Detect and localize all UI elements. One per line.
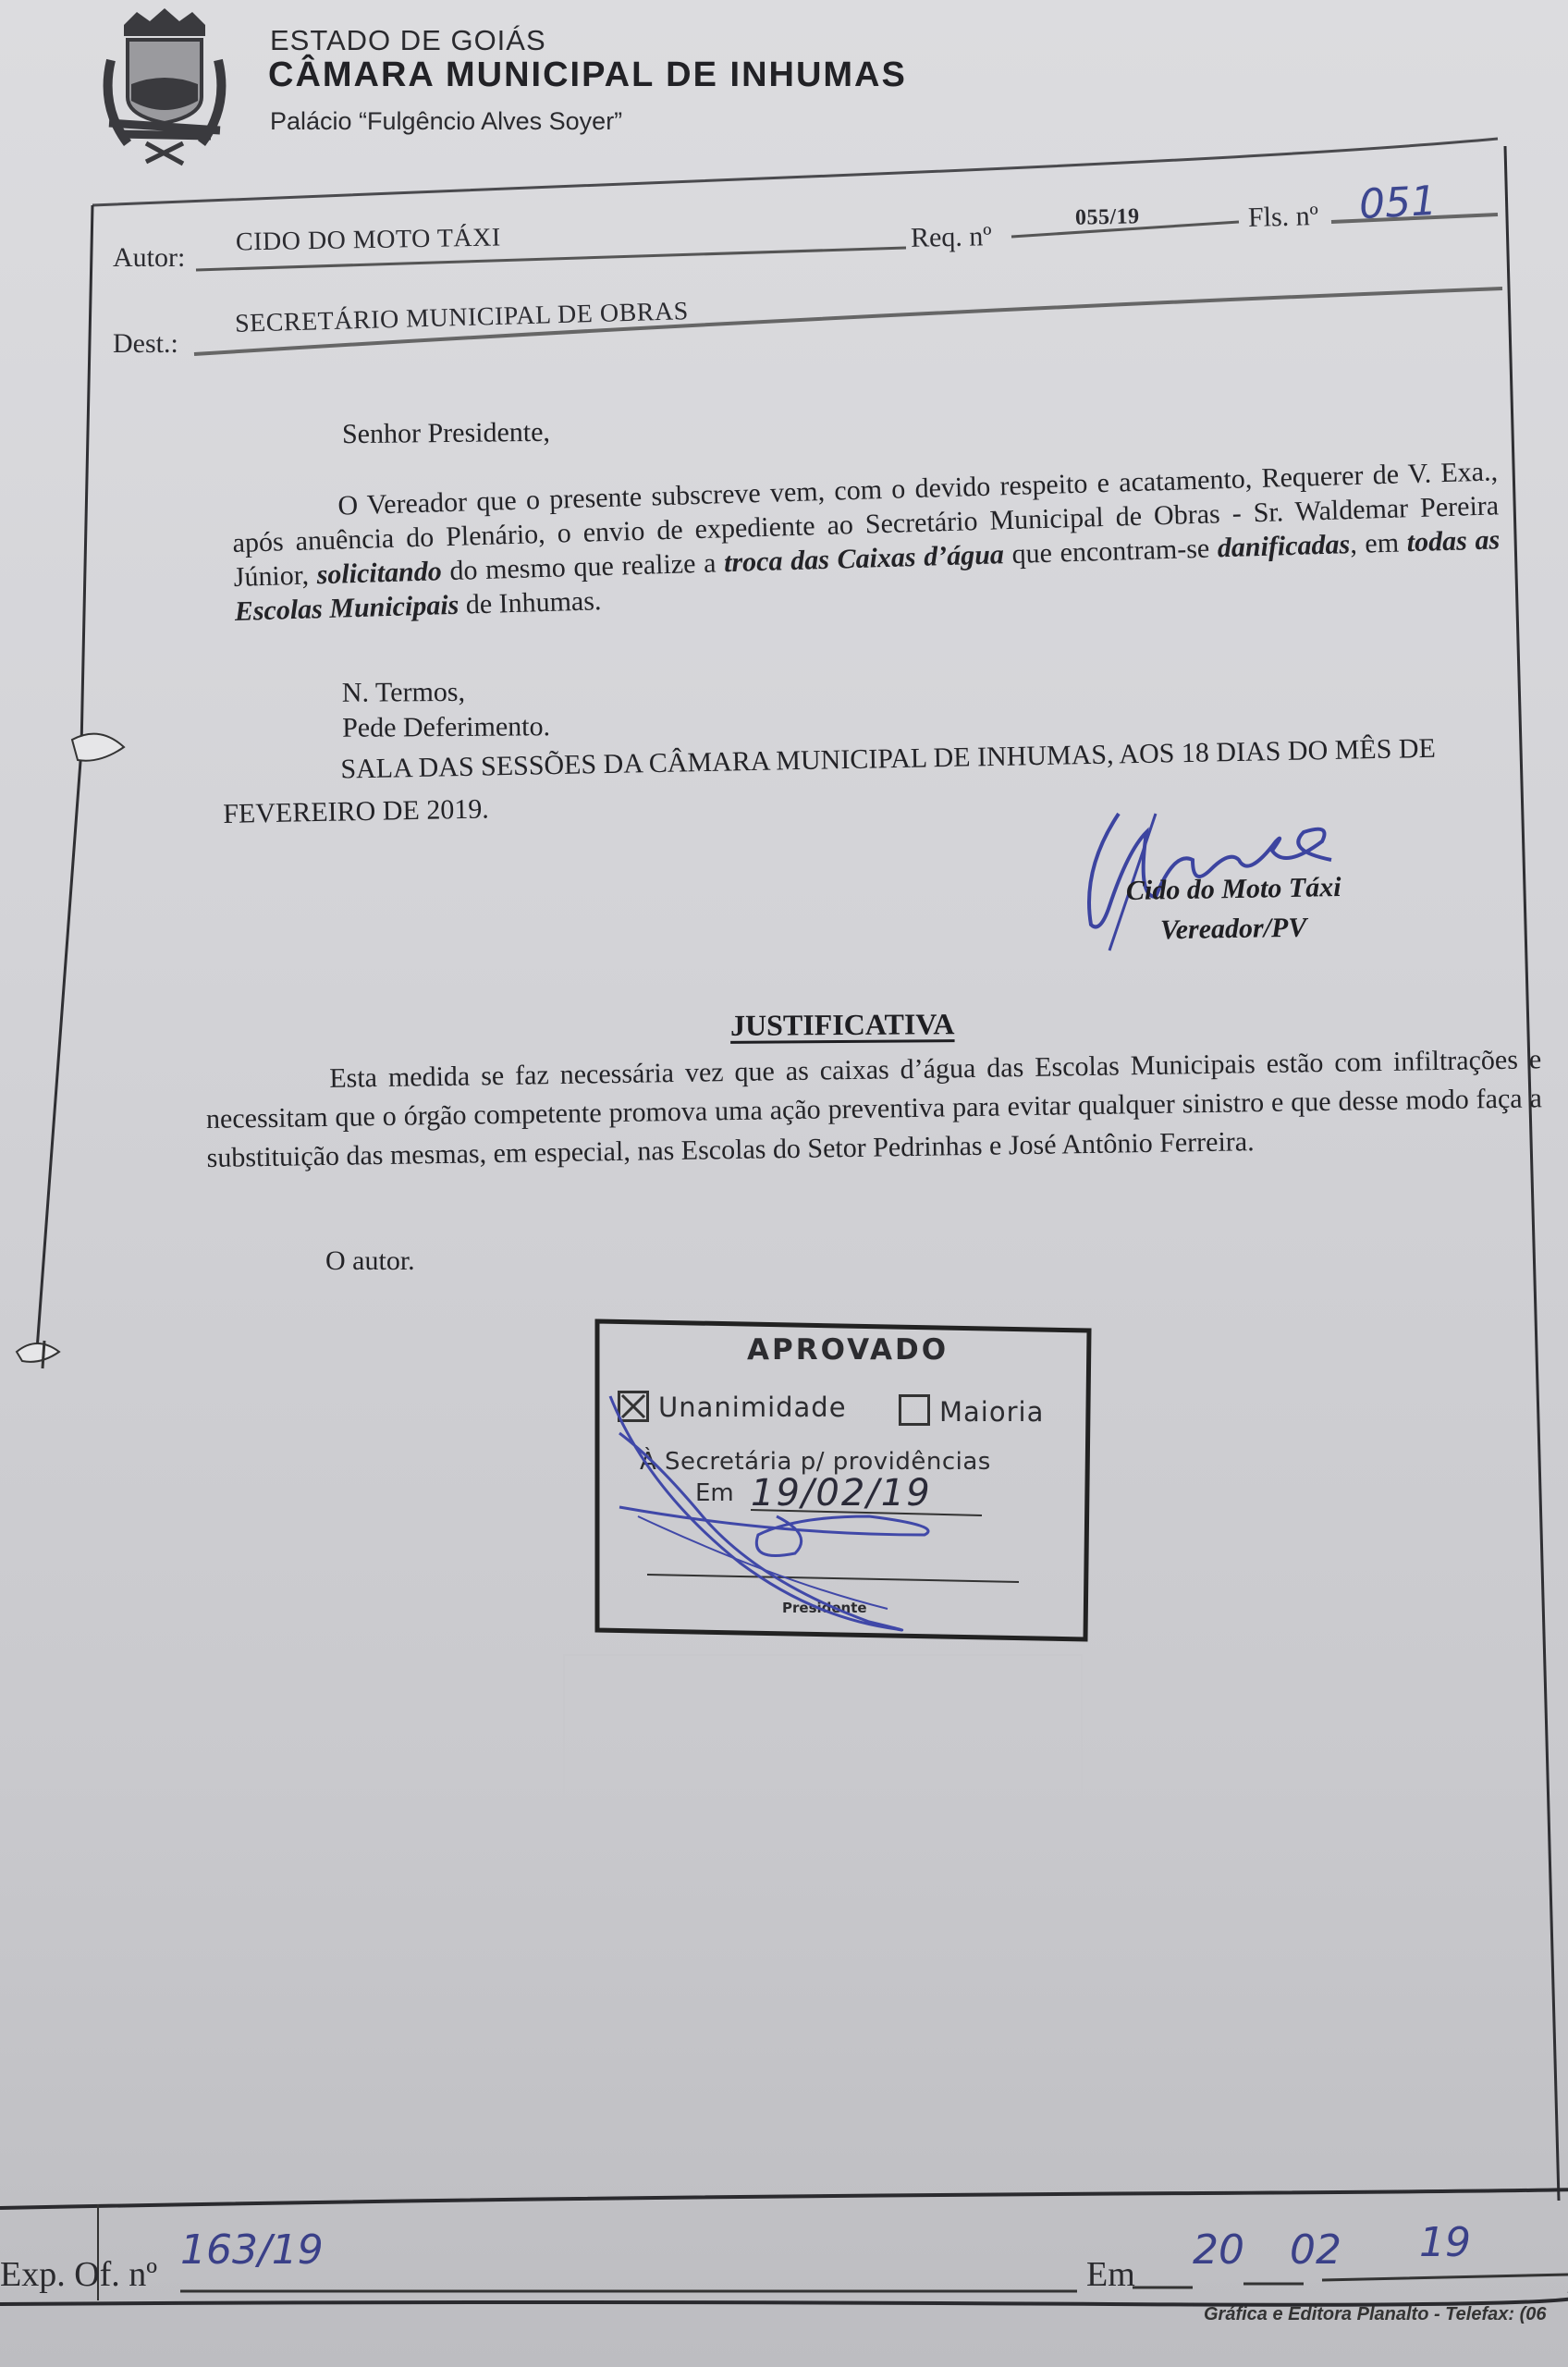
justification-text: Esta medida se faz necessária vez que as… [205, 1040, 1543, 1178]
page-number-label: Fls. nº [1248, 201, 1319, 234]
signatory-role: Vereador/PV [1160, 913, 1307, 947]
request-number-value: 055/19 [1075, 204, 1140, 230]
signatory-name: Cido do Moto Táxi [1126, 872, 1341, 907]
president-signature-icon [592, 1378, 1017, 1637]
dispatch-number-value: 163/19 [180, 2226, 324, 2274]
author-sign-off: O autor. [325, 1244, 415, 1278]
author-value: CIDO DO MOTO TÁXI [236, 224, 501, 258]
closing-block: N. Termos, Pede Deferimento. [342, 674, 550, 746]
palace-subtitle: Palácio “Fulgêncio Alves Soyer” [270, 107, 622, 136]
closing-line-1: N. Termos, [342, 674, 550, 711]
salutation: Senhor Presidente, [342, 415, 550, 451]
request-number-label: Req. nº [911, 221, 992, 254]
dispatch-date-month: 02 [1290, 2226, 1341, 2274]
paragraph-text: que encontram-se [1003, 533, 1218, 570]
closing-line-2: Pede Deferimento. [342, 709, 550, 746]
state-name: ESTADO DE GOIÁS [270, 24, 546, 57]
dispatch-date-label: Em [1086, 2254, 1135, 2295]
paragraph-text: do mesmo que realize a [441, 547, 724, 586]
document-frame [0, 0, 1568, 2367]
paragraph-text: , em [1350, 527, 1408, 559]
recipient-value: SECRETÁRIO MUNICIPAL DE OBRAS [235, 297, 690, 339]
emphasized-text: solicitando [316, 556, 442, 590]
page-number-value: 051 [1358, 178, 1439, 228]
printer-credit: Gráfica e Editora Planalto - Telefax: (0… [1204, 2304, 1547, 2325]
coat-of-arms-icon [91, 5, 239, 171]
dispatch-date-year: 19 [1419, 2219, 1471, 2266]
recipient-label: Dest.: [113, 328, 178, 360]
justification-title: JUSTIFICATIVA [730, 1007, 955, 1043]
emphasized-text: troca das Caixas d’água [724, 539, 1005, 578]
dispatch-number-label: Exp. Of. nº [0, 2254, 157, 2295]
emphasized-text: danificadas [1217, 529, 1350, 563]
paragraph-text: de Inhumas. [459, 585, 602, 620]
justification-paragraph: Esta medida se faz necessária vez que as… [206, 1044, 1542, 1173]
stamp-title: APROVADO [747, 1333, 949, 1367]
author-label: Autor: [113, 242, 185, 274]
request-paragraph: O Vereador que o presente subscreve vem,… [231, 454, 1501, 629]
institution-title: CÂMARA MUNICIPAL DE INHUMAS [268, 55, 907, 95]
dispatch-date-day: 20 [1193, 2226, 1244, 2274]
